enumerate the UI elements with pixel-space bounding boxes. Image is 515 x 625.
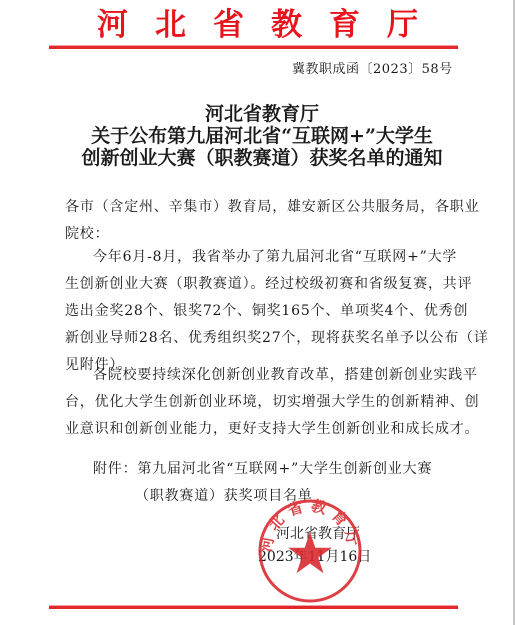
paragraph-2-line-2: 台，优化大学生创新创业环境，切实增强大学生的创新精神、创	[65, 389, 465, 416]
document-page: 河北省教育厅 冀教职成函〔2023〕58号 河北省教育厅 关于公布第九届河北省“…	[0, 0, 513, 625]
paragraph-2-line-3: 业意识和创新创业能力，更好支持大学生创新创业和成长成才。	[65, 416, 465, 443]
title-line-2: 关于公布第九届河北省“互联网+”大学生	[60, 125, 464, 147]
signature-date: 2023年11月16日	[258, 546, 371, 569]
paragraph-1-line-3: 选出金奖28个、银奖72个、铜奖165个、单项奖4个、优秀创	[65, 298, 465, 325]
paragraph-2-line-1: 各院校要持续深化创新创业教育改革，搭建创新创业实践平	[65, 362, 465, 389]
recipients: 各市（含定州、辛集市）教育局，雄安新区公共服务局，各职业 院校：	[65, 194, 465, 248]
paragraph-1: 今年6月-8月，我省举办了第九届河北省“互联网+”大学 生创新创业大赛（职教赛道…	[65, 244, 465, 379]
notice-title: 河北省教育厅 关于公布第九届河北省“互联网+”大学生 创新创业大赛（职教赛道）获…	[60, 103, 464, 169]
attachment-line-1: 附件：第九届河北省“互联网+”大学生创新创业大赛	[93, 456, 493, 483]
attachment-line-2: （职教赛道）获奖项目名单	[93, 483, 493, 510]
letterhead-title: 河北省教育厅	[70, 6, 440, 44]
document-number: 冀教职成函〔2023〕58号	[292, 61, 453, 79]
letterhead-rule	[49, 45, 458, 49]
title-line-1: 河北省教育厅	[60, 103, 464, 125]
paragraph-1-line-1: 今年6月-8月，我省举办了第九届河北省“互联网+”大学	[65, 244, 465, 271]
signature-organization: 河北省教育厅	[276, 523, 360, 546]
paragraph-1-line-4: 新创业导师28名、优秀组织奖27个，现将获奖名单予以公布（详	[65, 325, 465, 352]
recipients-line-1: 各市（含定州、辛集市）教育局，雄安新区公共服务局，各职业	[65, 194, 465, 221]
paragraph-1-line-2: 生创新创业大赛（职教赛道）。经过校级初赛和省级复赛，共评	[65, 271, 465, 298]
attachment-note: 附件：第九届河北省“互联网+”大学生创新创业大赛 （职教赛道）获奖项目名单	[93, 456, 493, 510]
paragraph-2: 各院校要持续深化创新创业教育改革，搭建创新创业实践平 台，优化大学生创新创业环境…	[65, 362, 465, 443]
title-line-3: 创新创业大赛（职教赛道）获奖名单的通知	[60, 147, 464, 169]
footer-rule	[49, 605, 458, 609]
